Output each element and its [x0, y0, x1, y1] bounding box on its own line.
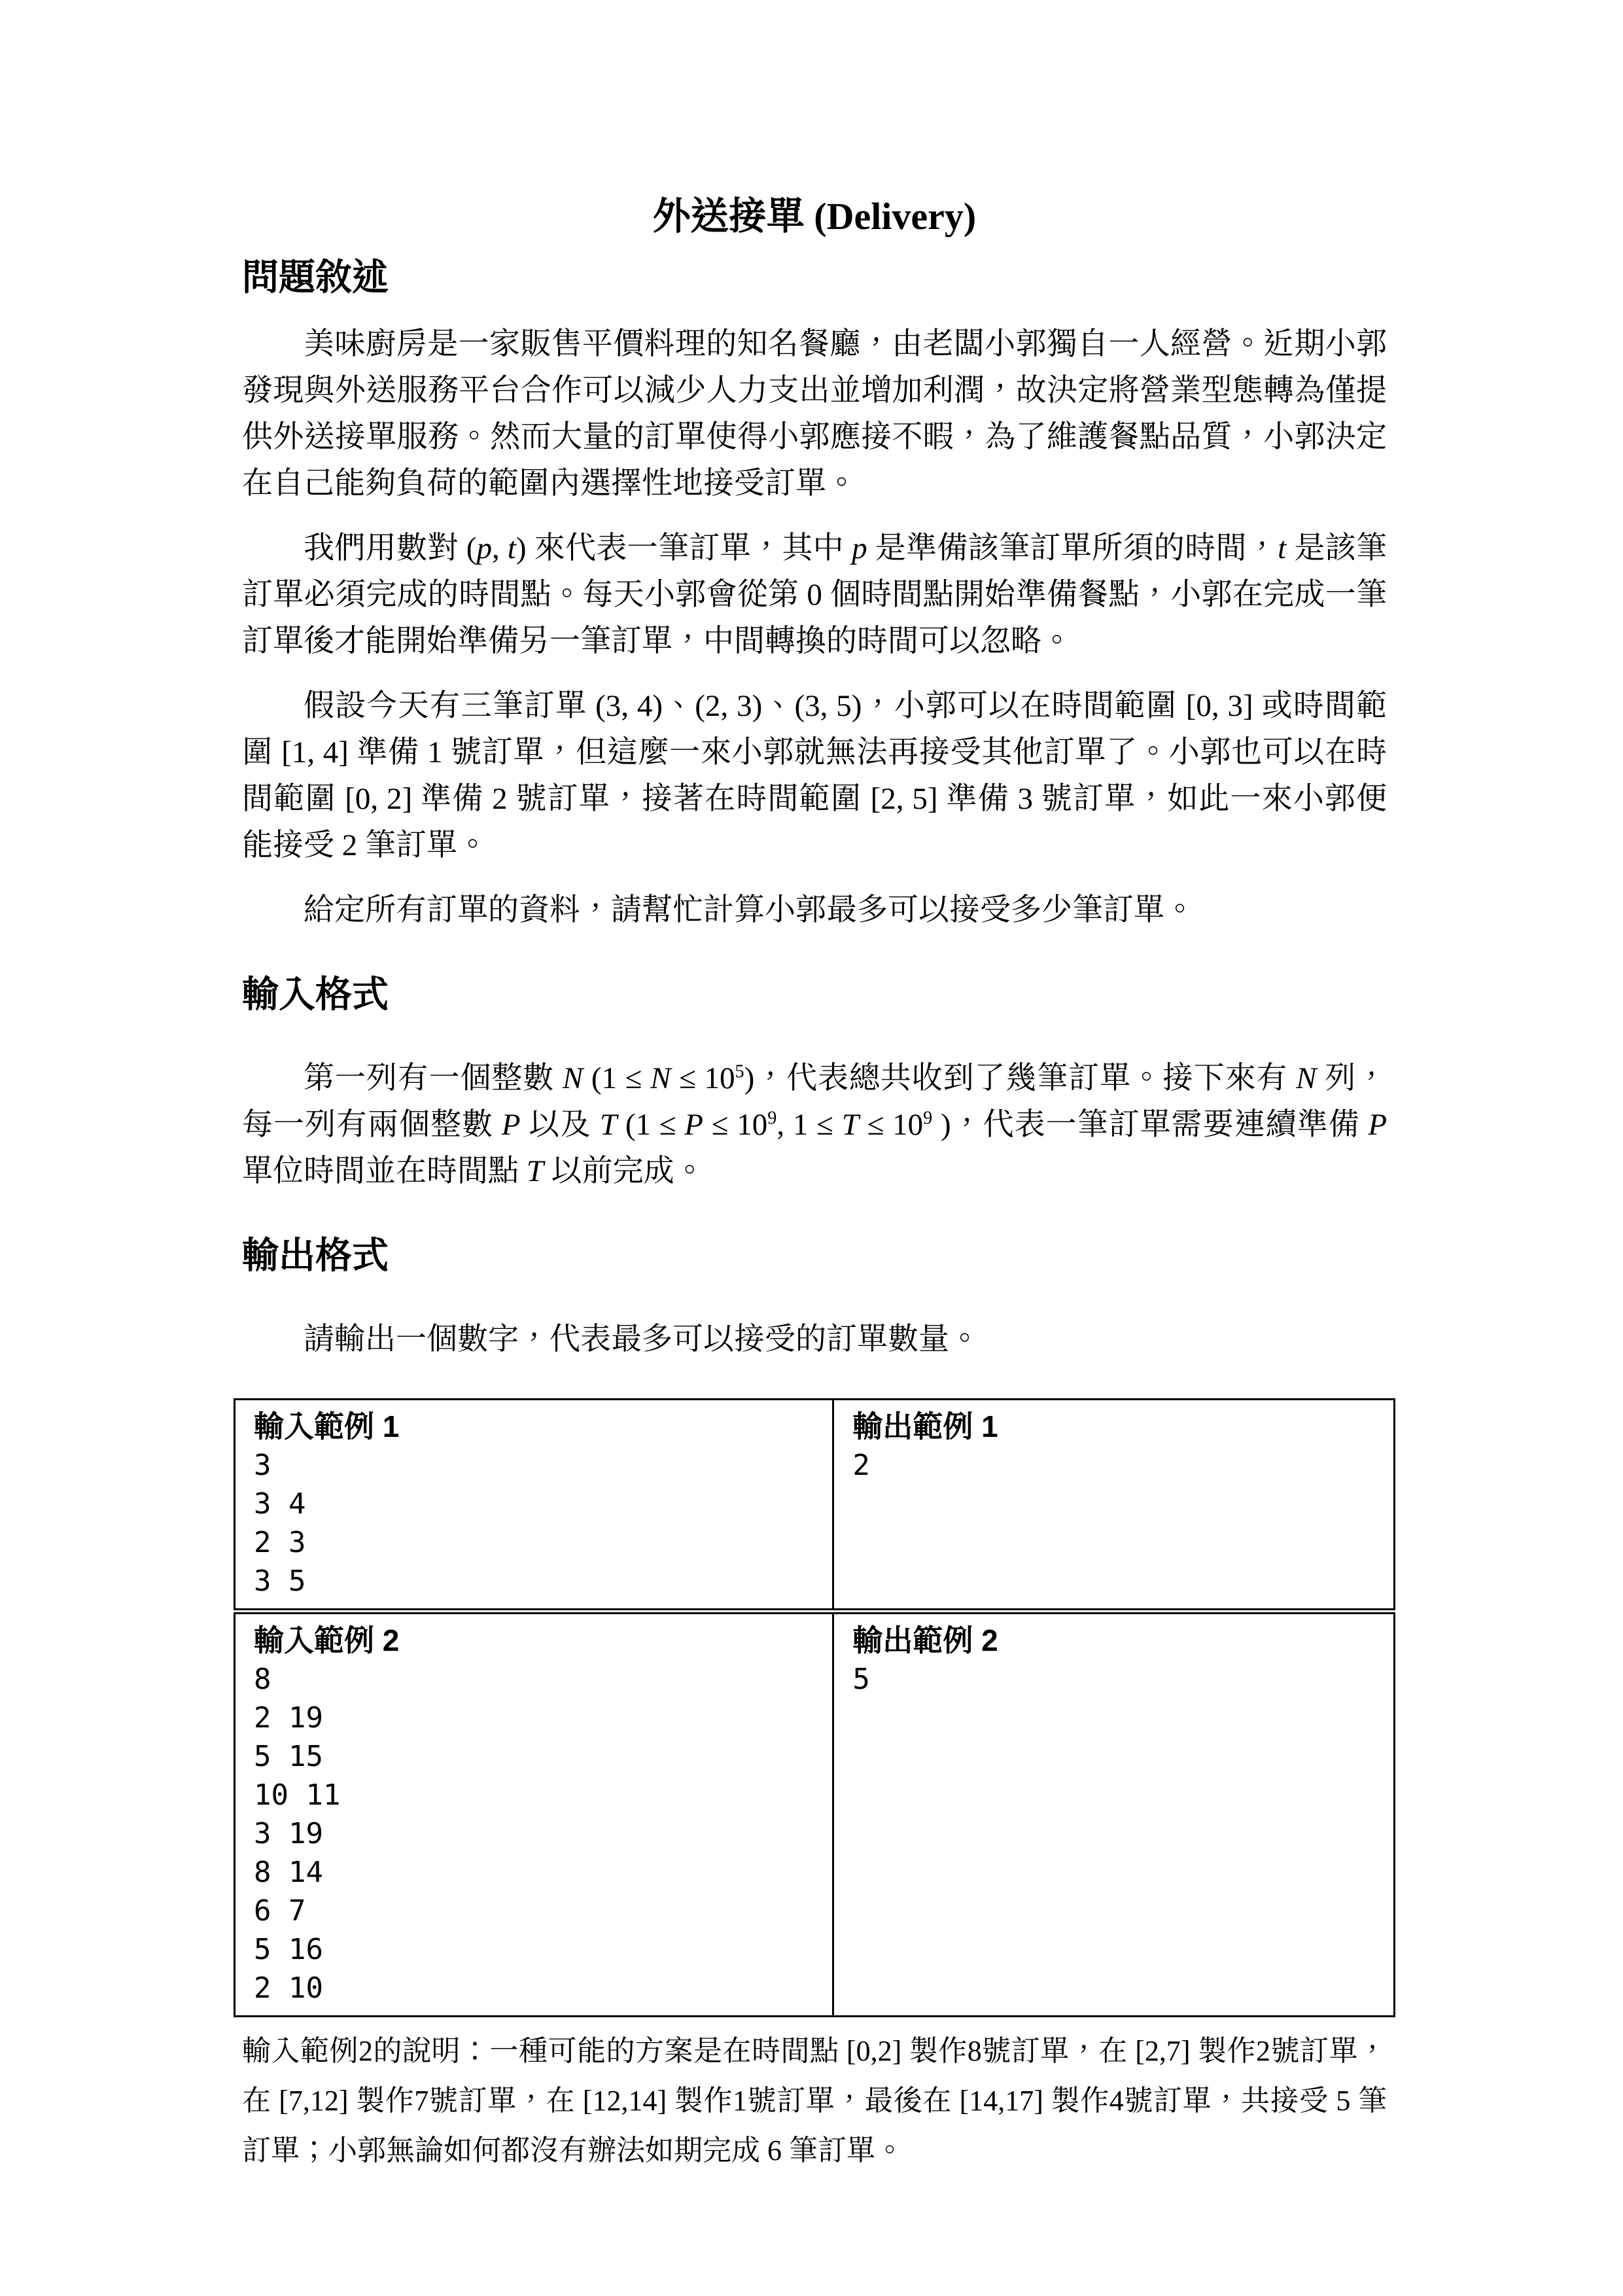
example-1-output-code: 2 [852, 1446, 1387, 1485]
section-heading-problem: 問題敘述 [242, 257, 1387, 299]
problem-paragraph-2: 我們用數對 (p, t) 來代表一筆訂單，其中 p 是準備該筆訂單所須的時間，t… [242, 525, 1387, 665]
example-2-input-cell: 輸入範例 2 8 2 19 5 15 10 11 3 19 8 14 6 7 5… [235, 1612, 833, 2017]
page-title: 外送接單 (Delivery) [242, 193, 1387, 240]
example-1-input-cell: 輸入範例 1 3 3 4 2 3 3 5 [235, 1400, 833, 1612]
example-2-output-cell: 輸出範例 2 5 [833, 1612, 1395, 2017]
example-2-output-label: 輸出範例 2 [852, 1621, 1387, 1660]
document-page: 外送接單 (Delivery) 問題敘述 美味廚房是一家販售平價料理的知名餐廳，… [0, 0, 1623, 2296]
example-1-output-cell: 輸出範例 1 2 [833, 1400, 1395, 1612]
example-2-input-code: 8 2 19 5 15 10 11 3 19 8 14 6 7 5 16 2 1… [254, 1660, 826, 2007]
examples-table: 輸入範例 1 3 3 4 2 3 3 5 輸出範例 1 2 輸入範例 2 8 2… [234, 1398, 1395, 2017]
output-format-paragraph: 請輸出一個數字，代表最多可以接受的訂單數量。 [242, 1316, 1387, 1363]
problem-paragraph-1: 美味廚房是一家販售平價料理的知名餐廳，由老闆小郭獨自一人經營。近期小郭發現與外送… [242, 321, 1387, 507]
example-2-explanation: 輸入範例2的說明：一種可能的方案是在時間點 [0,2] 製作8號訂單，在 [2,… [242, 2026, 1387, 2176]
section-heading-input-format: 輸入格式 [242, 974, 1387, 1016]
example-1-input-label: 輸入範例 1 [254, 1407, 826, 1446]
example-2-output-code: 5 [852, 1660, 1387, 1699]
example-2-input-label: 輸入範例 2 [254, 1621, 826, 1660]
problem-paragraph-4: 給定所有訂單的資料，請幫忙計算小郭最多可以接受多少筆訂單。 [242, 887, 1387, 934]
example-1-output-label: 輸出範例 1 [852, 1407, 1387, 1446]
problem-paragraph-3: 假設今天有三筆訂單 (3, 4)、(2, 3)、(3, 5)，小郭可以在時間範圍… [242, 683, 1387, 869]
example-1-row: 輸入範例 1 3 3 4 2 3 3 5 輸出範例 1 2 [235, 1400, 1395, 1612]
section-heading-output-format: 輸出格式 [242, 1235, 1387, 1277]
input-format-paragraph: 第一列有一個整數 N (1 ≤ N ≤ 105)，代表總共收到了幾筆訂單。接下來… [242, 1055, 1387, 1195]
example-2-row: 輸入範例 2 8 2 19 5 15 10 11 3 19 8 14 6 7 5… [235, 1612, 1395, 2017]
example-1-input-code: 3 3 4 2 3 3 5 [254, 1446, 826, 1600]
